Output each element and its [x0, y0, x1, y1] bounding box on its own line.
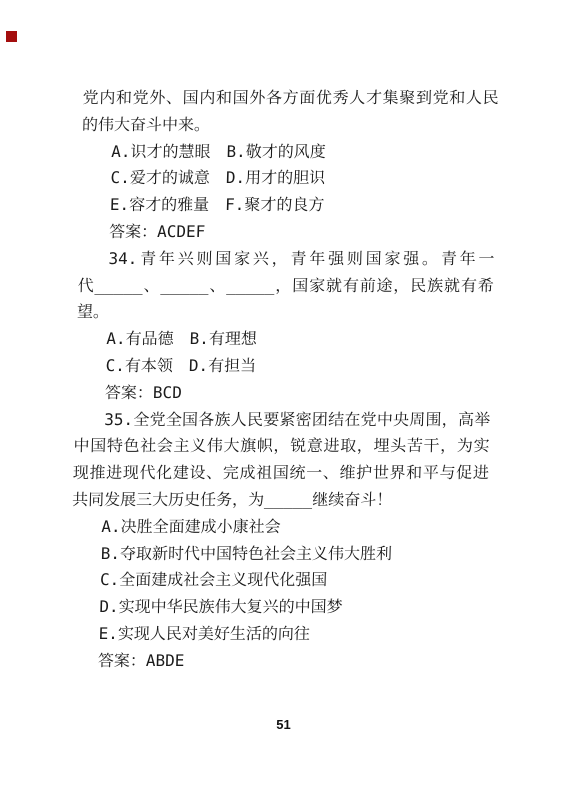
question-block-33-continued: 党内和党外、国内和国外各方面优秀人才集聚到党和人民的伟大奋斗中来。A.识才的慧眼… — [79, 85, 499, 246]
text-line: A.识才的慧眼 B.敬才的风度 — [81, 139, 498, 166]
text-line: 党内和党外、国内和国外各方面优秀人才集聚到党和人民 — [82, 85, 499, 112]
text-line: 现推进现代化建设、完成祖国统一、维护世界和平与促进 — [72, 460, 489, 487]
text-line: 的伟大奋斗中来。 — [82, 112, 499, 139]
text-line: 共同发展三大历史任务，为_____继续奋斗！ — [72, 487, 489, 514]
question-block-34: 34.青年兴则国家兴，青年强则国家强。青年一代_____、_____、_____… — [75, 246, 495, 407]
text-line: 中国特色社会主义伟大旗帜，锐意进取，埋头苦干，为实 — [73, 433, 490, 460]
document-page: 党内和党外、国内和国外各方面优秀人才集聚到党和人民的伟大奋斗中来。A.识才的慧眼… — [0, 0, 567, 793]
text-line: B.夺取新时代中国特色社会主义伟大胜利 — [70, 541, 487, 568]
text-line: E.容才的雅量 F.聚才的良方 — [79, 192, 496, 219]
text-line: C.爱才的诚意 D.用才的胆识 — [80, 165, 497, 192]
text-line: C.有本领 D.有担当 — [75, 353, 492, 380]
question-block-35: 35.全党全国各族人民要紧密团结在党中央周围，高举中国特色社会主义伟大旗帜，锐意… — [68, 407, 491, 675]
text-line: 望。 — [77, 299, 494, 326]
text-line: 答案：ACDEF — [79, 219, 496, 246]
text-line: D.实现中华民族伟大复兴的中国梦 — [69, 594, 486, 621]
text-line: 35.全党全国各族人民要紧密团结在党中央周围，高举 — [74, 407, 491, 434]
text-line: 34.青年兴则国家兴，青年强则国家强。青年一 — [78, 246, 495, 273]
text-line: 答案：ABDE — [68, 648, 485, 675]
text-line: A.有品德 B.有理想 — [76, 326, 493, 353]
red-corner-mark — [6, 31, 17, 42]
text-line: E.实现人民对美好生活的向往 — [68, 621, 485, 648]
text-line: 答案：BCD — [75, 380, 492, 407]
text-line: C.全面建成社会主义现代化强国 — [70, 567, 487, 594]
page-number: 51 — [0, 717, 567, 732]
document-text-block: 党内和党外、国内和国外各方面优秀人才集聚到党和人民的伟大奋斗中来。A.识才的慧眼… — [68, 85, 499, 675]
text-line: A.决胜全面建成小康社会 — [71, 514, 488, 541]
text-line: 代_____、_____、_____，国家就有前途，民族就有希 — [77, 273, 494, 300]
